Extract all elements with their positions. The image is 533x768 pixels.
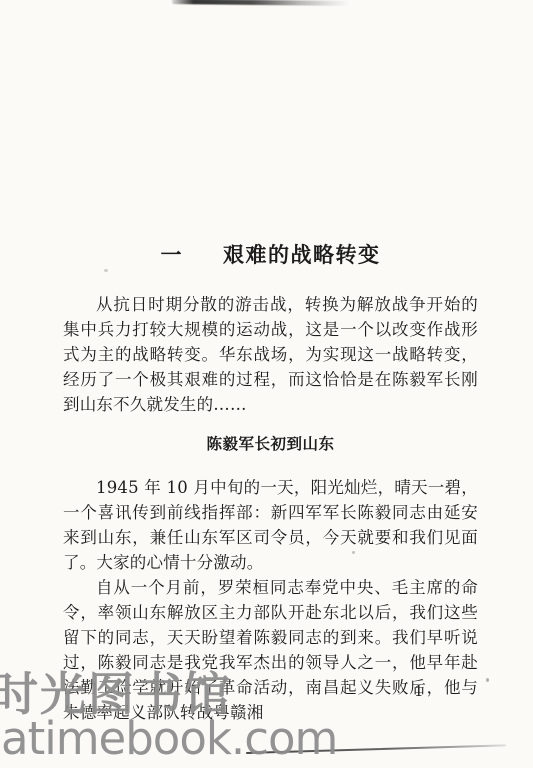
intro-paragraph: 从抗日时期分散的游击战，转换为解放战争开始的集中兵力打较大规模的运动战，这是一个…: [63, 292, 478, 417]
watermark-site-url: atimebook.com: [1, 712, 337, 765]
body-paragraph: 1945 年 10 月中旬的一天，阳光灿烂，晴天一碧，一个喜讯传到前线指挥部：新…: [63, 475, 478, 575]
scan-speck: [486, 678, 489, 682]
page-number: 1: [414, 682, 424, 700]
scan-speck: [352, 551, 355, 554]
chapter-number: 一: [161, 242, 184, 267]
scan-speck: [104, 269, 108, 272]
section-heading: 陈毅军长初到山东: [63, 432, 478, 454]
chapter-title-text: 艰难的战略转变: [223, 242, 381, 267]
scanned-book-page: 一艰难的战略转变 从抗日时期分散的游击战，转换为解放战争开始的集中兵力打较大规模…: [0, 0, 533, 768]
chapter-title: 一艰难的战略转变: [63, 239, 478, 269]
scan-artifact-top-smudge: [172, 0, 350, 6]
